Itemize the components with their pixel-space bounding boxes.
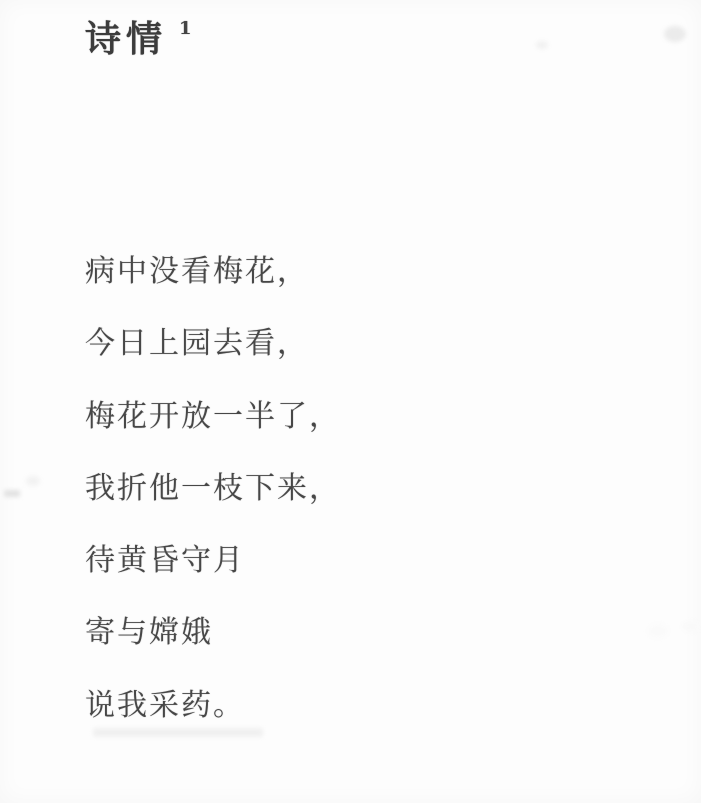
poem-title: 诗情1: [85, 16, 192, 63]
scan-smudge: [664, 26, 686, 42]
page-bleedthrough: [93, 728, 263, 737]
poem-line: 待黄昏守月: [85, 525, 341, 597]
poem-line: 我折他一枝下来，: [85, 453, 341, 525]
scan-smudge: [536, 41, 548, 49]
poem-line: 梅花开放一半了，: [85, 381, 341, 453]
scan-smudge: [682, 621, 701, 632]
poem-line: 病中没看梅花，: [85, 236, 341, 308]
poem-line: 寄与嫦娥: [85, 597, 341, 669]
poem-body: 病中没看梅花， 今日上园去看， 梅花开放一半了， 我折他一枝下来， 待黄昏守月 …: [85, 236, 341, 742]
poem-title-text: 诗情: [85, 18, 167, 60]
scan-smudge: [648, 624, 668, 638]
book-page: 诗情1 病中没看梅花， 今日上园去看， 梅花开放一半了， 我折他一枝下来， 待黄…: [0, 0, 701, 803]
scan-smudge: [4, 490, 20, 497]
scan-smudge: [26, 476, 40, 486]
footnote-marker: 1: [179, 18, 192, 39]
poem-line: 今日上园去看，: [85, 308, 341, 380]
